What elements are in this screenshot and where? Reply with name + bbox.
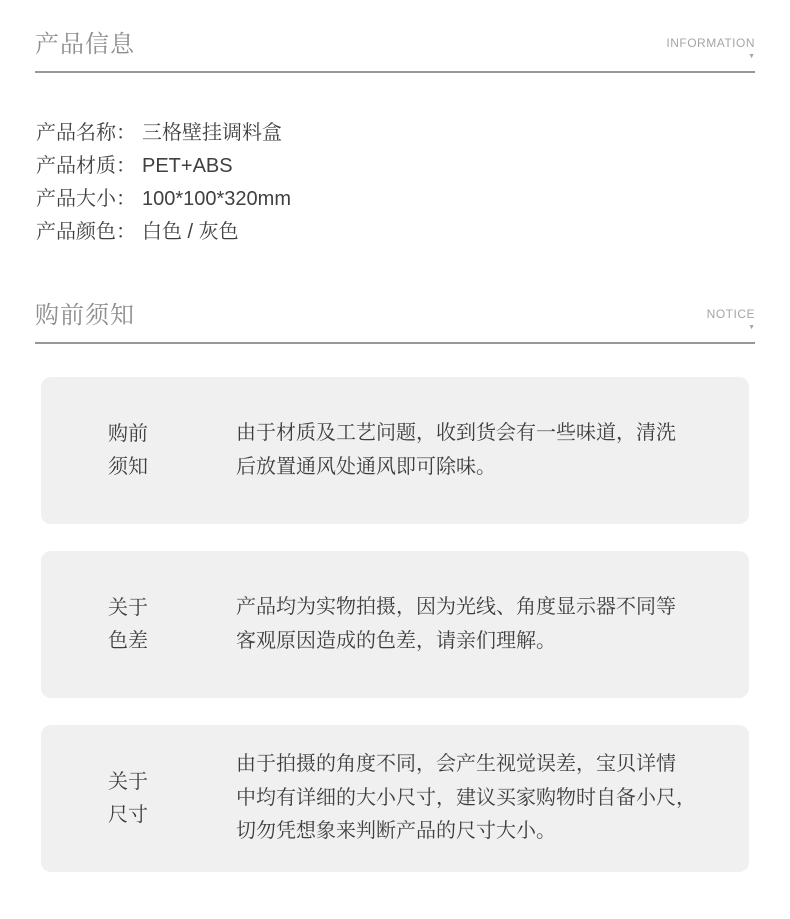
notice-box-smell: 购前 须知 由于材质及工艺问题，收到货会有一些味道，清洗 后放置通风处通风即可除…: [41, 377, 749, 524]
product-name-label: 产品名称：: [36, 122, 136, 144]
product-material-value: PET+ABS: [142, 155, 233, 177]
product-material-row: 产品材质：PET+ABS: [36, 150, 755, 183]
notice-box-label: 关于 尺寸: [108, 766, 154, 832]
notice-box-label: 关于 色差: [108, 592, 154, 658]
product-material-label: 产品材质：: [36, 155, 136, 177]
product-size-value: 100*100*320mm: [142, 188, 291, 210]
notice-box-text: 由于拍摄的角度不同，会产生视觉误差，宝贝详情 中均有详细的大小尺寸，建议买家购物…: [236, 748, 696, 849]
product-info-subtitle-en: INFORMATION: [666, 36, 755, 50]
product-detail-page: 产品信息 INFORMATION ▼ 产品名称：三格壁挂调料盒 产品材质：PET…: [0, 0, 790, 872]
chevron-down-icon: ▼: [748, 324, 755, 332]
product-name-row: 产品名称：三格壁挂调料盒: [36, 117, 755, 150]
chevron-down-icon: ▼: [748, 53, 755, 61]
product-color-row: 产品颜色：白色 / 灰色: [36, 216, 755, 249]
product-color-value: 白色 / 灰色: [142, 221, 239, 243]
product-spec-list: 产品名称：三格壁挂调料盒 产品材质：PET+ABS 产品大小：100*100*3…: [36, 117, 755, 249]
notice-box-label: 购前 须知: [108, 418, 154, 484]
product-color-label: 产品颜色：: [36, 221, 136, 243]
notice-subtitle: NOTICE ▼: [707, 301, 755, 332]
product-size-label: 产品大小：: [36, 188, 136, 210]
notice-box-color-difference: 关于 色差 产品均为实物拍摄，因为光线、角度显示器不同等 客观原因造成的色差，请…: [41, 551, 749, 698]
notice-header: 购前须知 NOTICE ▼: [35, 301, 755, 344]
product-size-row: 产品大小：100*100*320mm: [36, 183, 755, 216]
product-info-header: 产品信息 INFORMATION ▼: [35, 0, 755, 73]
notice-box-text: 由于材质及工艺问题，收到货会有一些味道，清洗 后放置通风处通风即可除味。: [236, 417, 676, 484]
product-info-title: 产品信息: [35, 30, 135, 60]
product-info-subtitle: INFORMATION ▼: [666, 30, 755, 61]
product-name-value: 三格壁挂调料盒: [142, 122, 282, 144]
notice-box-dimensions: 关于 尺寸 由于拍摄的角度不同，会产生视觉误差，宝贝详情 中均有详细的大小尺寸，…: [41, 725, 749, 872]
notice-title: 购前须知: [35, 301, 135, 331]
notice-subtitle-en: NOTICE: [707, 307, 755, 321]
notice-box-list: 购前 须知 由于材质及工艺问题，收到货会有一些味道，清洗 后放置通风处通风即可除…: [0, 377, 790, 872]
notice-box-text: 产品均为实物拍摄，因为光线、角度显示器不同等 客观原因造成的色差，请亲们理解。: [236, 591, 676, 658]
